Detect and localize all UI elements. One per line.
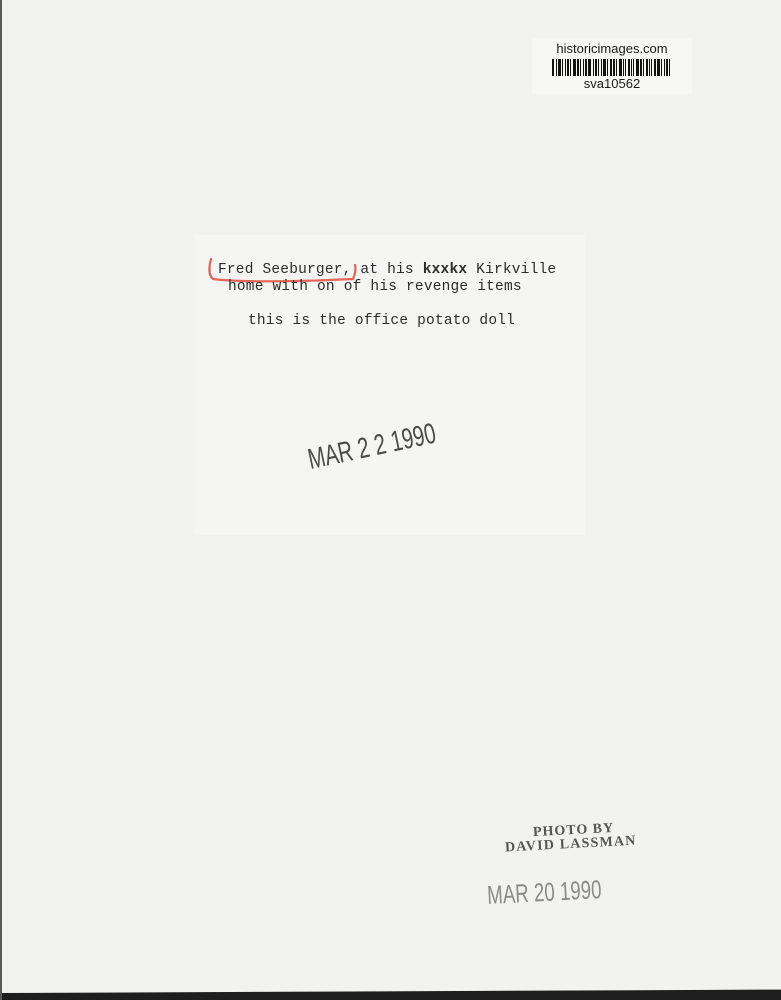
barcode-bar [657, 59, 660, 76]
archive-code: sva10562 [532, 76, 692, 91]
barcode-bar [636, 59, 639, 76]
barcode-bar [631, 59, 632, 76]
barcode-bar [601, 59, 602, 76]
barcode-bar [651, 59, 652, 76]
barcode-bar [598, 59, 599, 76]
barcode-bar [666, 59, 668, 76]
barcode-bar [565, 59, 566, 76]
barcode-bar [669, 59, 670, 76]
barcode-bar [628, 59, 630, 76]
archive-site-name: historicimages.com [532, 41, 692, 57]
caption-text: Kirkville [467, 262, 556, 278]
caption-line-3: this is the office potato doll [248, 313, 515, 329]
barcode-bar [610, 59, 612, 76]
barcode [532, 59, 692, 76]
caption-subject-name: Fred Seeburger [218, 262, 343, 278]
barcode-bar [580, 59, 581, 76]
barcode-bar [573, 59, 576, 76]
barcode-bar [619, 59, 622, 76]
barcode-bar [661, 59, 662, 76]
barcode-bar [607, 59, 608, 76]
caption-line-2: home with on of his revenge items [228, 279, 522, 295]
barcode-bar [567, 59, 569, 76]
barcode-bar [556, 59, 557, 76]
barcode-bar [570, 59, 571, 76]
barcode-bar [562, 59, 563, 76]
barcode-bar [649, 59, 650, 76]
barcode-bar [585, 59, 587, 76]
barcode-bar [640, 59, 642, 76]
barcode-bar [577, 59, 579, 76]
barcode-bar [646, 59, 648, 76]
barcode-bar [558, 59, 561, 76]
barcode-bar [633, 59, 634, 76]
barcode-bar [616, 59, 617, 76]
barcode-bar [583, 59, 584, 76]
barcode-bar [593, 59, 594, 76]
barcode-bar [643, 59, 644, 76]
barcode-bar [613, 59, 615, 76]
photo-date-stamp: MAR 20 1990 [486, 874, 602, 911]
archive-label: historicimages.com sva10562 [532, 38, 692, 94]
barcode-bar [552, 59, 554, 76]
barcode-bar [623, 59, 624, 76]
barcode-bar [603, 59, 606, 76]
caption-struck-text: kxxkx [423, 262, 468, 278]
barcode-bar [625, 59, 626, 76]
caption-line-1: Fred Seeburger, at his kxxkx Kirkville [218, 262, 556, 278]
barcode-bar [664, 59, 665, 76]
barcode-bar [654, 59, 656, 76]
barcode-bar [595, 59, 597, 76]
caption-text: , at his [343, 262, 423, 278]
barcode-bar [588, 59, 591, 76]
